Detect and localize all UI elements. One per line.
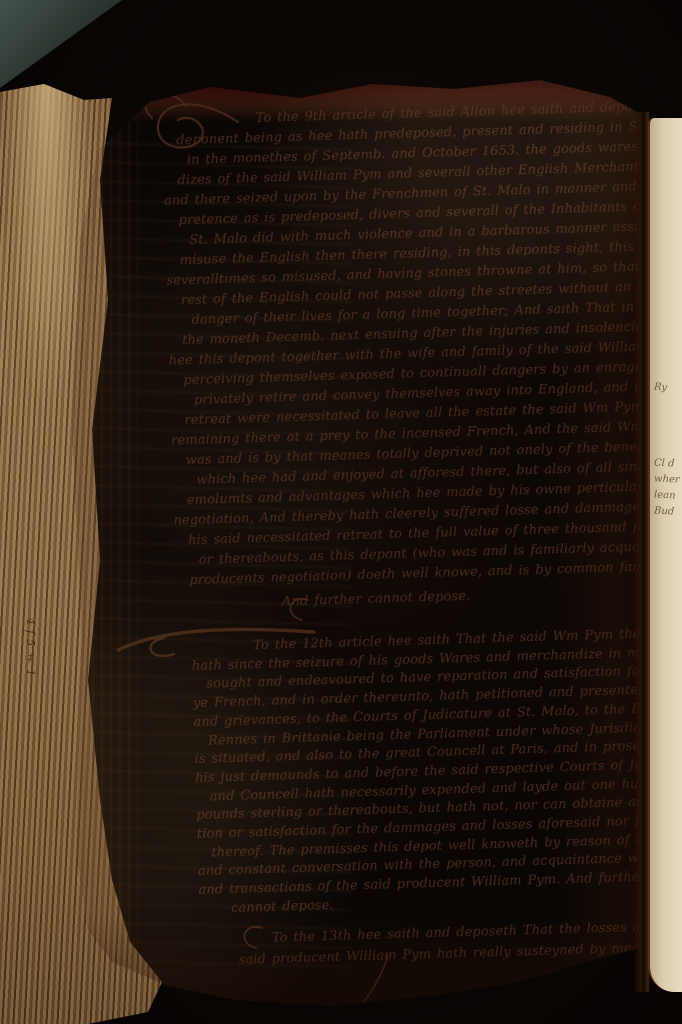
deposition-article-12: To the 12th article hee saith That the s… bbox=[165, 624, 682, 920]
manuscript-line: retreat were necessitated to leave all t… bbox=[184, 396, 678, 431]
manuscript-line: remaining there at a prey to the incense… bbox=[171, 416, 679, 451]
manuscript-line: ye French, and in order thereunto, hath … bbox=[193, 680, 682, 713]
facing-page-edge: Ry Cl d wher lean Bud bbox=[648, 118, 682, 992]
manuscript-line: And further cannot depose. bbox=[282, 580, 682, 612]
manuscript-line: severalltimes so misused, and having sto… bbox=[166, 256, 674, 291]
manuscript-line: which hee had and enjoyed at afforesd th… bbox=[196, 456, 680, 490]
marginal-fragment: Ry bbox=[654, 380, 668, 397]
table-corner bbox=[0, 0, 140, 100]
manuscript-line: cannot depose. bbox=[231, 886, 682, 918]
burnt-top-edge bbox=[40, 70, 670, 122]
manuscript-line: rest of the English could not passe alon… bbox=[181, 276, 675, 311]
manuscript-line: misuse the English then there residing, … bbox=[179, 236, 673, 271]
manuscript-line: and grievances, to the Courts of Judicat… bbox=[193, 699, 682, 732]
manuscript-line: is situated, and also to the great Counc… bbox=[194, 736, 682, 769]
marginal-fragment: Bud bbox=[654, 503, 675, 520]
manuscript-line: privately retire and convey themselves a… bbox=[194, 376, 678, 410]
manuscript-line: deponent being as hee hath predeposed, p… bbox=[176, 117, 670, 152]
manuscript-line: hath since the seizure of his goods Ware… bbox=[192, 643, 682, 676]
manuscript-line: said producent William Pym hath really s… bbox=[238, 936, 682, 971]
manuscript-line: pretence as is predeposed, divers and se… bbox=[178, 196, 672, 231]
manuscript-line: tion or satisfaction for the dammages an… bbox=[197, 811, 682, 844]
manuscript-line: emolumts and advantages which hee made b… bbox=[187, 476, 681, 511]
marginal-fragment: lean bbox=[654, 487, 676, 504]
manuscript-line: Rennes in Brittanie being the Parliament… bbox=[208, 718, 682, 751]
pen-flourishes bbox=[0, 0, 682, 1024]
manuscript-line: the moneth Decemb. next ensuing after th… bbox=[182, 316, 676, 351]
manuscript-line: pounds sterling or thereabouts, but hath… bbox=[196, 793, 682, 826]
handwritten-text: To the 9th article of the said Allon hee… bbox=[146, 0, 682, 972]
page-creases bbox=[74, 110, 138, 1000]
manuscript-line: hee this depont together with the wife a… bbox=[168, 336, 676, 371]
manuscript-line: thereof. The premisses this depot well k… bbox=[211, 830, 682, 863]
manuscript-line: and there seized upon by the Frenchmen o… bbox=[164, 176, 672, 211]
manuscript-left-page: To the 9th article of the said Allon hee… bbox=[0, 0, 682, 1024]
manuscript-line: sought and endeavoured to have reparatio… bbox=[206, 662, 682, 695]
manuscript-line: To the 13th hee saith and deposeth That … bbox=[272, 915, 682, 949]
manuscript-line: To the 9th article of the said Allon hee… bbox=[255, 97, 669, 129]
ink-bleedthrough bbox=[62, 130, 352, 980]
spine-inscription: 4ſ5‡1 bbox=[24, 618, 37, 838]
deposition-article-13: To the 13th hee saith and deposeth That … bbox=[174, 915, 682, 972]
manuscript-line: and transactions of the said producent W… bbox=[198, 867, 682, 900]
manuscript-line: in the monethes of Septemb. and October … bbox=[186, 137, 670, 171]
manuscript-line: and Councell hath necessarily expended a… bbox=[209, 774, 682, 807]
manuscript-photo: 4ſ5‡1 To the 9th article of the said All… bbox=[0, 0, 682, 1024]
manuscript-line: danger of their lives for a long time to… bbox=[191, 296, 675, 330]
manuscript-line: To the 12th article hee saith That the s… bbox=[253, 624, 682, 656]
deposition-article-9: To the 9th article of the said Allon hee… bbox=[149, 97, 682, 616]
manuscript-line: perceiving themselves exposed to continu… bbox=[183, 356, 677, 391]
manuscript-line: producents negotiation) doeth well knowe… bbox=[189, 556, 682, 591]
manuscript-line: or thereabouts, as this depont (who was … bbox=[198, 536, 682, 570]
marginal-fragment: Cl d bbox=[654, 455, 675, 472]
manuscript-line: dizes of the said William Pym and severa… bbox=[177, 156, 671, 191]
manuscript-line: negotiation, And thereby hath cleerely s… bbox=[173, 496, 681, 531]
manuscript-line: St. Malo did with much violence and in a… bbox=[189, 216, 673, 250]
page-bottom-shadow bbox=[60, 914, 682, 1024]
manuscript-line: and constant conversation with the perso… bbox=[198, 849, 682, 882]
manuscript-line: his said necessitated retreat to the ful… bbox=[188, 516, 682, 551]
manuscript-line: was and is by that meanes totally depriv… bbox=[185, 436, 679, 471]
manuscript-line: his just demaunds to and before the said… bbox=[195, 755, 682, 788]
marginal-fragment: wher bbox=[654, 471, 681, 488]
